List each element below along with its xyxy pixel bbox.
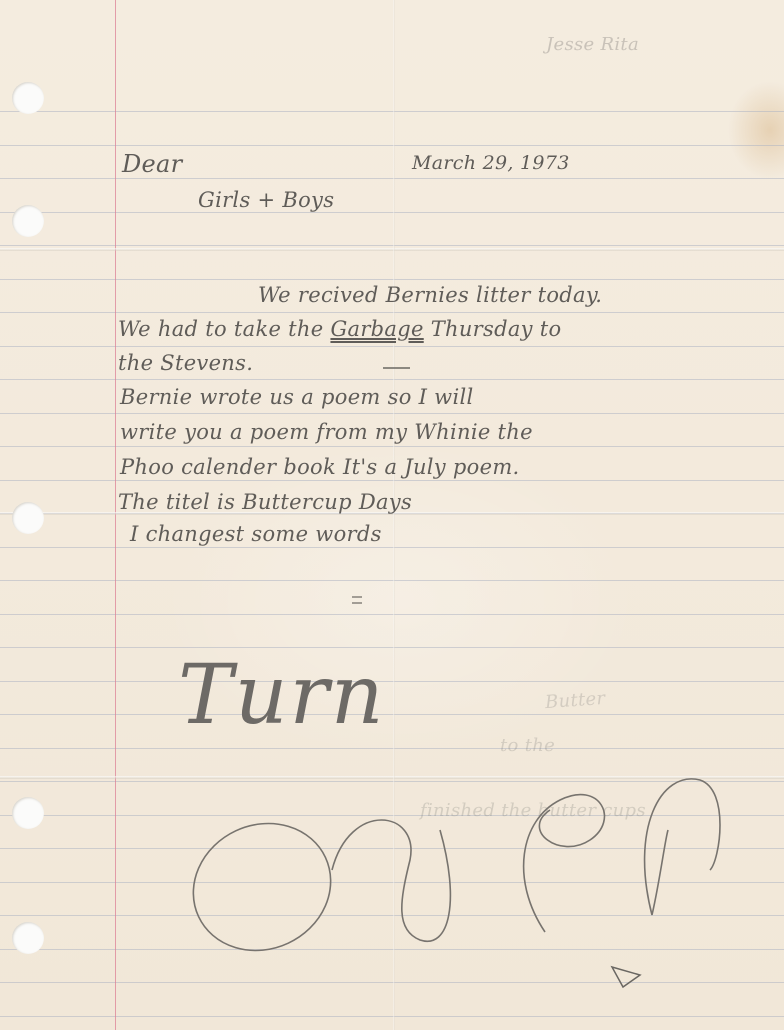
letter-o: [172, 801, 351, 973]
letter-r: [645, 779, 720, 915]
over-letters: [0, 0, 784, 1030]
letter-v: [332, 820, 450, 941]
letter-page: Jesse Rita Butter to the finished the bu…: [0, 0, 784, 1030]
letter-e: [524, 795, 605, 932]
